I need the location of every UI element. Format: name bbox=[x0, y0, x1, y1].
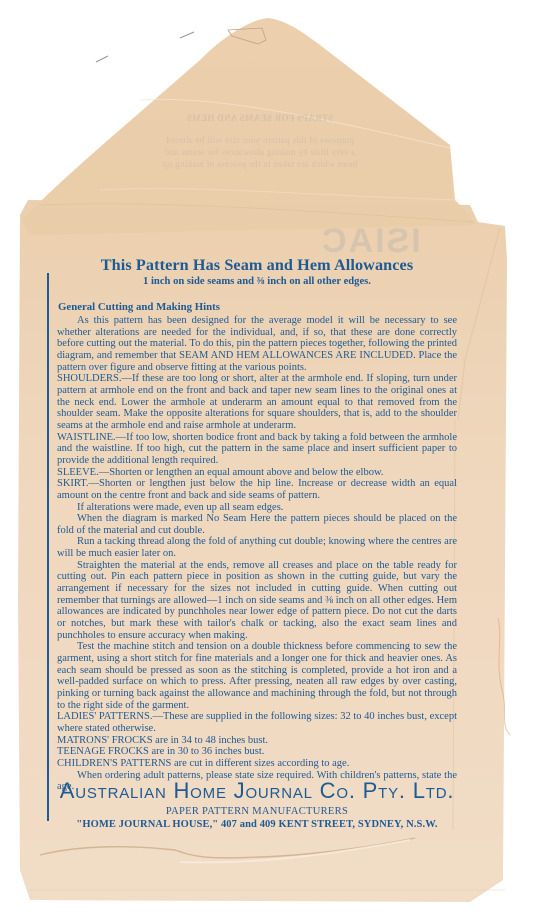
flap-ghost-title: STRAPS FOR SEAMS AND HEMS bbox=[110, 112, 410, 124]
paragraph-shoulders: SHOULDERS.—If these are too long or shor… bbox=[57, 373, 457, 431]
paragraph-ladies: LADIES' PATTERNS.—These are supplied in … bbox=[57, 711, 457, 734]
company-name: Australian Home Journal Co. Pty. Ltd. bbox=[57, 778, 457, 804]
paragraph-teenage: TEENAGE FROCKS are in 30 to 36 inches bu… bbox=[57, 746, 457, 758]
flap-ghost-line: hems which are taken in the process of m… bbox=[110, 158, 410, 170]
paragraph-tacking: Run a tacking thread along the fold of a… bbox=[57, 536, 457, 559]
company-footer: Australian Home Journal Co. Pty. Ltd. PA… bbox=[57, 778, 457, 831]
company-address: "HOME JOURNAL HOUSE," 407 and 409 KENT S… bbox=[57, 818, 457, 831]
flap-showthrough-text: STRAPS FOR SEAMS AND HEMS purposes of th… bbox=[110, 112, 410, 170]
company-tagline: PAPER PATTERN MANUFACTURERS bbox=[57, 805, 457, 818]
paragraph-sleeve: SLEEVE.—Shorten or lengthen an equal amo… bbox=[57, 467, 457, 479]
flap-ghost-line: purposes of this pattern your size will … bbox=[110, 134, 410, 146]
paragraph-waistline: WAISTLINE.—If too low, shorten bodice fr… bbox=[57, 432, 457, 467]
paragraph-intro: As this pattern has been designed for th… bbox=[57, 315, 457, 373]
instructions-panel: This Pattern Has Seam and Hem Allowances… bbox=[57, 255, 457, 793]
pattern-envelope: STRAPS FOR SEAMS AND HEMS purposes of th… bbox=[0, 0, 533, 918]
paragraph-even-up: If alterations were made, even up all se… bbox=[57, 502, 457, 514]
paragraph-cutting: Straighten the material at the ends, rem… bbox=[57, 560, 457, 642]
paragraph-skirt: SKIRT.—Shorten or lengthen just below th… bbox=[57, 478, 457, 501]
page-subtitle: 1 inch on side seams and ⅜ inch on all o… bbox=[57, 275, 457, 288]
paragraph-no-seam: When the diagram is marked No Seam Here … bbox=[57, 513, 457, 536]
paragraph-children: CHILDREN'S PATTERNS are cut in different… bbox=[57, 758, 457, 770]
flap-ghost-line: a very little by making allowances for s… bbox=[110, 146, 410, 158]
instructions-body: As this pattern has been designed for th… bbox=[57, 315, 457, 793]
page-title: This Pattern Has Seam and Hem Allowances bbox=[57, 255, 457, 275]
left-margin-rule bbox=[47, 273, 49, 821]
paragraph-matrons: MATRONS' FROCKS are in 34 to 48 inches b… bbox=[57, 735, 457, 747]
section-heading: General Cutting and Making Hints bbox=[58, 301, 457, 314]
paragraph-machine: Test the machine stitch and tension on a… bbox=[57, 641, 457, 711]
